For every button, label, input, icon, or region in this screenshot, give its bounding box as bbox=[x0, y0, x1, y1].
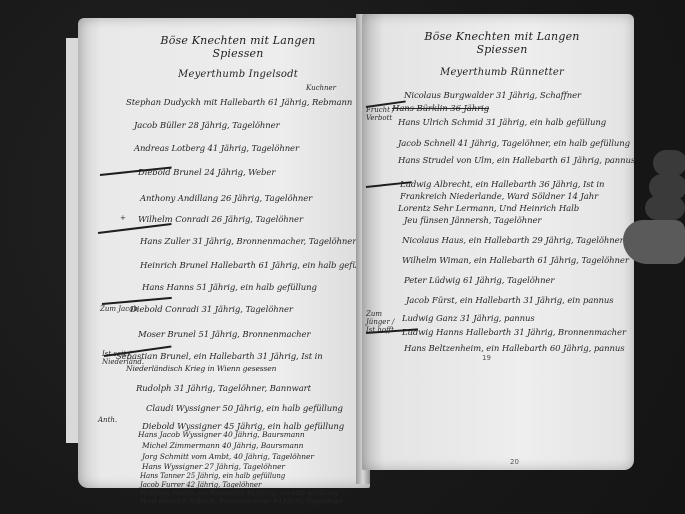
entry-line: Jorg Schmitt vom Ambt, 40 Jährig, Tagelö… bbox=[142, 452, 314, 461]
margin-tick-rule bbox=[98, 223, 172, 234]
entry-line: Ludwig Albrecht, ein Hallebarth 36 Jähri… bbox=[400, 180, 604, 190]
entry-line: Ludwig Ganz 31 Jährig, pannus bbox=[402, 314, 535, 324]
entry-line: Andreas Lotberg 41 Jährig, Tagelöhner bbox=[134, 144, 299, 154]
entry-line: Diebold Conradi 31 Jährig, Tagelöhner bbox=[130, 305, 293, 315]
entry-line: Hans Beltzenheim, ein Hallebarth 60 Jähr… bbox=[404, 344, 625, 354]
entry-line: Frankreich Niederlande, Ward Söldner 14 … bbox=[400, 192, 598, 202]
entry-line: Ludwig Hanns Hallebarth 31 Jährig, Bronn… bbox=[402, 328, 626, 338]
entry-line: Heinrich Brunel Hallebarth 61 Jährig, ei… bbox=[140, 261, 366, 271]
entry-line: Hans Ulrich Schmid 31 Jährig, ein halb g… bbox=[398, 118, 606, 128]
interlinear-note: Kuchner bbox=[306, 84, 336, 92]
entry-line: Peter Lüdwig 61 Jährig, Tagelöhner bbox=[404, 276, 554, 286]
thumb bbox=[623, 220, 685, 264]
folio-mark: 20 bbox=[510, 458, 519, 466]
entry-line: Sebastian Brunel, ein Hallebarth 31 Jähr… bbox=[116, 352, 323, 362]
holding-hand bbox=[623, 150, 685, 270]
entry-line: Michel Zimmermann 40 Jährig, Baursmann bbox=[142, 441, 303, 450]
entry-line: Rudolph 31 Jährig, Tagelöhner, Bannwart bbox=[136, 384, 311, 394]
entry-line: Jeu fünsen Jännersh, Tagelöhner bbox=[404, 216, 541, 226]
entry-line: Hans Strudel von Ulm, ein Hallebarth 61 … bbox=[398, 156, 635, 166]
entry-line: Hans Hanns 51 Jährig, ein halb gefüllung bbox=[142, 283, 317, 293]
entry-line: Hans Heinrich Schmidt, Bronnenmacher 40 … bbox=[140, 497, 342, 505]
entry-line: Jacob Fürst, ein Hallebarth 31 Jährig, e… bbox=[406, 296, 614, 306]
folio-mark: 19 bbox=[482, 354, 491, 362]
finger bbox=[653, 150, 685, 176]
entry-line: Nicolaus Haus, ein Hallebarth 29 Jährig,… bbox=[402, 236, 624, 246]
margin-note: + bbox=[120, 214, 126, 222]
entry-line: Hans Wyssigner 27 Jährig, Tagelöhner bbox=[142, 462, 285, 471]
right-page-section: Meyerthumb Rünnetter bbox=[402, 66, 602, 79]
right-page: Böse Knechten mit Langen Spiessen Meyert… bbox=[362, 14, 634, 470]
entry-line-struck: Hans Bürklin 36 Jährig bbox=[392, 104, 489, 114]
right-page-heading: Böse Knechten mit Langen Spiessen bbox=[402, 30, 602, 56]
entry-line: Wolfgang Martin, ein Hallebarth 48 Jähri… bbox=[140, 489, 338, 497]
entry-line: Jacob Schnell 41 Jährig, Tagelöhner, ein… bbox=[398, 139, 630, 149]
finger bbox=[645, 196, 685, 220]
margin-note: Zum Jacob bbox=[100, 305, 138, 313]
entry-line: Moser Brunel 51 Jährig, Bronnenmacher bbox=[138, 330, 310, 340]
entry-line: Hans Zuller 31 Jährig, Bronnenmacher, Ta… bbox=[140, 237, 356, 247]
margin-note: Anth. bbox=[98, 416, 117, 424]
entry-line: Stephan Dudyckh mit Hallebarth 61 Jährig… bbox=[126, 98, 352, 108]
entry-line: Lorentz Sehr Lermann, Und Heinrich Halb bbox=[398, 204, 579, 214]
left-page-section: Meyerthumb Ingelsodt bbox=[138, 68, 338, 81]
entry-line: Anthony Andillang 26 Jährig, Tagelöhner bbox=[140, 194, 312, 204]
margin-note: Frucht / Verbott bbox=[366, 106, 396, 122]
entry-line: Nicolaus Burgwalder 31 Jährig, Schaffner bbox=[404, 91, 581, 101]
entry-line: Wilhelm Wiman, ein Hallebarth 61 Jährig,… bbox=[402, 256, 629, 266]
entry-line: Jacob Büller 28 Jährig, Tagelöhner bbox=[134, 121, 280, 131]
left-page: Böse Knechten mit Langen Spiessen Meyert… bbox=[78, 18, 370, 488]
entry-line: Hans Tanner 25 Jährig, ein halb gefüllun… bbox=[140, 472, 285, 480]
entry-line: Niederländisch Krieg in Wienn gesessen bbox=[126, 364, 276, 373]
entry-line: Claudi Wyssigner 50 Jährig, ein halb gef… bbox=[146, 404, 343, 414]
entry-line: Hans Jacob Wyssigner 40 Jährig, Baursman… bbox=[138, 430, 305, 439]
margin-tick-rule bbox=[102, 297, 172, 305]
left-page-heading: Böse Knechten mit Langen Spiessen bbox=[138, 34, 338, 60]
entry-line: Jacob Furrer 42 Jährig, Tagelöhner bbox=[140, 481, 261, 489]
